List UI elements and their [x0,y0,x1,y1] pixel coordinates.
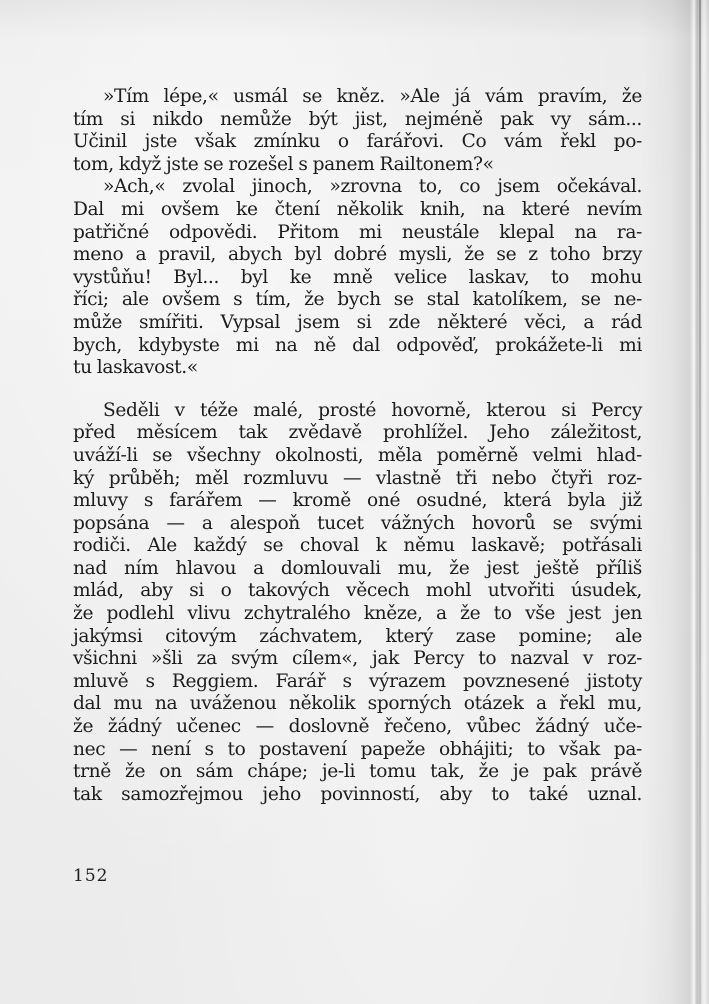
text-line: před měsícem tak zvědavě prohlížel. Jeho… [73,422,642,445]
text-line: ký průběh; měl rozmluvu — vlastně tři ne… [73,468,642,491]
section-break [73,380,642,400]
text-line: jakýmsi citovým záchvatem, který zase po… [73,626,642,649]
text-line: že žádný učenec — doslovně řečeno, vůbec… [73,716,642,739]
text-line: »Ach,« zvolal jinoch, »zrovna to, co jse… [73,176,642,199]
text-line: může smířiti. Vypsal jsem si zde některé… [73,312,642,335]
text-line: Učinil jste však zmínku o farářovi. Co v… [73,131,642,154]
text-line: rodiči. Ale každý se choval k němu laska… [73,535,642,558]
text-line: »Tím lépe,« usmál se kněz. »Ale já vám p… [73,86,642,109]
text-line: meno a pravil, abych byl dobré mysli, že… [73,244,642,267]
text-line: dal mu na uváženou několik sporných otáz… [73,693,642,716]
text-line: že podlehl vlivu zchytralého kněze, a že… [73,603,642,626]
text-line: patřičné odpovědi. Přitom mi neustále kl… [73,222,642,245]
text-line: nec — není s to postavení papeže obhájit… [73,739,642,762]
text-line: Dal mi ovšem ke čtení několik knih, na k… [73,199,642,222]
paragraph: »Ach,« zvolal jinoch, »zrovna to, co jse… [73,176,642,379]
paragraph: »Tím lépe,« usmál se kněz. »Ale já vám p… [73,86,642,176]
text-line: tak samozřejmou jeho povinností, aby to … [73,784,642,807]
paragraph: Seděli v téže malé, prosté hovorně, kter… [73,400,642,807]
text-line: trně že on sám chápe; je-li tomu tak, že… [73,761,642,784]
text-line: vystůňu! Byl... byl ke mně velice laskav… [73,267,642,290]
page-number: 152 [73,866,108,886]
text-line: bych, kdybyste mi na ně dal odpověď, pro… [73,335,642,358]
text-line: Seděli v téže malé, prosté hovorně, kter… [73,400,642,423]
text-line: mlád, aby si o takových věcech mohl utvo… [73,580,642,603]
body-text: »Tím lépe,« usmál se kněz. »Ale já vám p… [73,86,642,806]
text-line: tom, když jste se rozešel s panem Railto… [73,154,642,177]
page-edge [699,0,701,1004]
text-line: popsána — a alespoň tucet vážných hovorů… [73,513,642,536]
book-page: »Tím lépe,« usmál se kněz. »Ale já vám p… [0,0,709,1004]
text-line: tu laskavost.« [73,357,642,380]
text-line: říci; ale ovšem s tím, že bych se stal k… [73,289,642,312]
text-line: nad ním hlavou a domlouvali mu, že jest … [73,558,642,581]
text-line: tím si nikdo nemůže být jist, nejméně pa… [73,109,642,132]
text-line: mluvě s Reggiem. Farář s výrazem povznes… [73,671,642,694]
text-line: uváží-li se všechny okolnosti, měla pomě… [73,445,642,468]
text-line: mluvy s farářem — kromě oné osudné, kter… [73,490,642,513]
text-line: všichni »šli za svým cílem«, jak Percy t… [73,648,642,671]
